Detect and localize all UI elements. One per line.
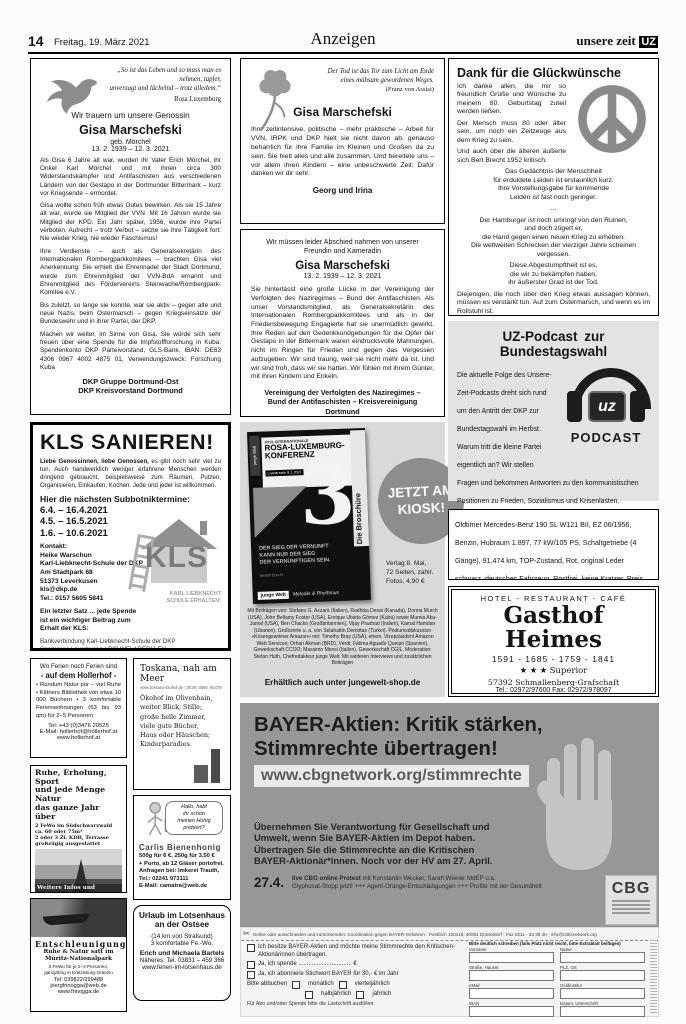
ad-schwarzwald: Ruhe, Erholung, Sport und jede Menge Nat… bbox=[30, 765, 127, 893]
obituary-quote: „So ist das Leben und so muss man es neh… bbox=[106, 66, 221, 94]
thanks-paragraph: Der Mensch muss 80 oder älter sein, um n… bbox=[457, 120, 566, 145]
lotsenhaus-line1: (14 km von Stralsund) bbox=[138, 933, 226, 940]
ad-rosa-luxemburg-broschuere: junge Welt XXVI. INTERNATIONALE ROSA-LUX… bbox=[240, 422, 445, 697]
cbg-logo-stripes bbox=[612, 900, 650, 916]
contributors-text: Mit Beiträgen von: Stefano G. Azzarà (It… bbox=[247, 608, 438, 667]
boat-photo bbox=[31, 899, 126, 937]
poem-ellipsis: … bbox=[457, 205, 650, 213]
mueritz-subtitle: Ruhe & Natur satt im Müritz-Nationalpark bbox=[35, 949, 122, 963]
input-plz-ort[interactable] bbox=[560, 970, 645, 981]
mueritz-web[interactable]: www.frinogga.de bbox=[35, 989, 122, 995]
thanks-title: Dank für die Glückwünsche bbox=[457, 66, 650, 80]
obituary-signature: Georg und Irina bbox=[251, 186, 434, 195]
brecht-poem: Das Gedächtnis der Menschheit für erduld… bbox=[457, 168, 650, 202]
lotsenhaus-line2: 3 komfortable Fe.-Wo. bbox=[138, 940, 226, 947]
cover-quote: DER SIEG DER VERNUNFT KANN NUR DER SIEG … bbox=[259, 543, 346, 567]
lotsenhaus-tel: Näheres: Tel. 03831 – 459 366 bbox=[138, 957, 226, 964]
bayer-coupon: ✂Online oder ausschneiden und zurücksend… bbox=[240, 927, 659, 1017]
obituary-body: Sie hinterlässt eine große Lücke in der … bbox=[251, 286, 434, 382]
bayer-protest-row: 27.4. live CBG online Protest mit Konsta… bbox=[254, 875, 542, 892]
uz-logo-mark: uz bbox=[588, 391, 626, 422]
cover-side-label: Die Broschüre bbox=[350, 430, 369, 546]
ad-bayer-aktien: BAYER-Aktien: Kritik stärken, Stimmrecht… bbox=[240, 703, 659, 927]
uz-podcast-logo: uz PODCAST bbox=[562, 366, 650, 460]
coupon-return-line: Online oder ausschneiden und zurücksende… bbox=[253, 932, 597, 937]
gasthof-mail-web[interactable]: mail@gasthof-heimes.de · www.gasthof-hei… bbox=[456, 694, 651, 697]
ad-toskana: Toskana, nah am Meer www.toskana-biohof.… bbox=[133, 658, 231, 790]
obituary-paragraph: Gisa wollte schon früh etwas Gutes bewir… bbox=[40, 202, 221, 244]
checkbox-vierteljaehrlich[interactable] bbox=[339, 981, 347, 989]
option-label: halbjährlich bbox=[321, 991, 351, 999]
cover-quote-author: Bertolt Brecht bbox=[260, 573, 283, 578]
obituary-vvn: Wir müssen leider Abschied nahmen von un… bbox=[240, 229, 445, 417]
obituary-body: Ihre zeitintensive, politische – mehr pr… bbox=[251, 126, 434, 179]
birth-name: geb. Mörchel bbox=[40, 139, 221, 146]
kls-termine-title: Hier die nächsten Subbotniktermine: bbox=[40, 494, 221, 504]
toskana-subline[interactable]: www.toskana-biohof.de | 0039. 3566. 8547… bbox=[140, 685, 224, 690]
page-number: 14 bbox=[28, 33, 44, 49]
bayer-url[interactable]: www.cbgnetwork.org/stimmrechte bbox=[254, 765, 529, 787]
ad-oldtimer: Oldtimer Mercedes-Benz 190 SL W121 BII, … bbox=[448, 509, 659, 580]
obituary-family: Der Tod ist das Tor zum Licht am Ende ei… bbox=[240, 58, 445, 224]
schwarzwald-details: 2 FeWo im Südschwarzwald ca. 60 oder 75m… bbox=[35, 823, 122, 847]
option-label: vierteljährlich bbox=[355, 981, 390, 989]
checkbox-spende[interactable] bbox=[247, 961, 255, 969]
checkbox-label: Ja, ich abonniere Stichwort BAYER für 30… bbox=[258, 971, 399, 979]
protest-text: mit Konstantin Wecker, Sarah Wiener MdEP… bbox=[361, 875, 496, 882]
mueritz-title: Entschleunigung bbox=[35, 939, 122, 949]
obituary-signature: DKP Gruppe Dortmund-Ost DKP Kreisvorstan… bbox=[40, 377, 221, 395]
life-dates: 13. 2. 1939 – 12. 3. 2021 bbox=[251, 273, 434, 280]
ad-gasthof-heimes: HOTEL - RESTAURANT - CAFÉ Gasthof Heimes… bbox=[448, 586, 659, 697]
paper-name: unsere zeit bbox=[576, 33, 635, 48]
availability-note[interactable]: Erhältlich auch unter jungewelt-shop.de bbox=[240, 678, 445, 687]
deceased-name: Gisa Marschefski bbox=[251, 260, 434, 272]
input-email[interactable] bbox=[469, 988, 554, 999]
abbuchen-label: Bitte abbuchen bbox=[247, 981, 287, 989]
tuscany-skyline-graphic bbox=[184, 743, 224, 783]
protest-date: 27.4. bbox=[254, 875, 284, 890]
podcast-title: UZ-Podcast zur Bundestagswahl bbox=[457, 329, 650, 359]
input-datum-unterschrift[interactable] bbox=[560, 1006, 645, 1017]
coupon-footer-note: Für Abo und/oder Spende bitte die Lastsc… bbox=[247, 1001, 462, 1007]
oldtimer-text: Oldtimer Mercedes-Benz 190 SL W121 BII, … bbox=[455, 521, 643, 580]
kiosk-badge-text: JETZT AM KIOSK! bbox=[387, 482, 454, 519]
protest-title: live CBG online Protest bbox=[292, 875, 361, 882]
coupon-fields: Bitte deutlich schreiben (falls Platz ni… bbox=[469, 941, 645, 1017]
coupon-note: Bitte deutlich schreiben (falls Platz ni… bbox=[469, 941, 645, 946]
fine-print-vertical bbox=[650, 940, 657, 1013]
stars-icon: ★ ★ ★ bbox=[520, 665, 548, 675]
checkbox-abo[interactable] bbox=[247, 971, 255, 979]
schwarzwald-title: Ruhe, Erholung, Sport und jede Menge Nat… bbox=[35, 769, 122, 821]
gasthof-name: Gasthof Heimes bbox=[456, 604, 651, 652]
beekeeper-cartoon: Hallo, habt ihr schon meinen Honig probi… bbox=[139, 799, 225, 843]
ad-kls-sanieren: KLS SANIEREN! Liebe Genossinnen, liebe G… bbox=[30, 422, 231, 651]
input-strasse[interactable] bbox=[469, 970, 554, 981]
coupon-checkboxes: Ich besitze BAYER-Aktien und möchte mein… bbox=[247, 942, 462, 1007]
hollerhof-web[interactable]: www.hollerhof.at bbox=[36, 735, 121, 741]
checkbox-label: Ja, ich spende .........................… bbox=[258, 961, 357, 969]
protest-line2: Glyphosat-Stopp jetzt! +++ Agent-Orange-… bbox=[292, 883, 542, 890]
cbg-logo-text: CBG bbox=[606, 880, 656, 898]
input-geldinstitut[interactable] bbox=[560, 988, 645, 999]
cover-number: 3 bbox=[298, 454, 356, 536]
ad-lotsenhaus: Urlaub im Lotsenhaus an der Ostsee (14 k… bbox=[133, 905, 231, 1001]
podcast-logo-caption: PODCAST bbox=[562, 430, 650, 445]
lotsenhaus-names: Erich und Michaela Bartels bbox=[138, 950, 226, 957]
thanks-paragraph: Und auch über die älteren äußerte sich B… bbox=[457, 148, 566, 165]
kls-logo: KLS KARL LIEBKNECHT SCHULE ERHALTEN! bbox=[135, 519, 221, 615]
peace-symbol-icon bbox=[576, 83, 648, 155]
cover-footer: junge Welt Melodie & Rhythmus bbox=[258, 588, 355, 599]
obituary-dkp: „So ist das Leben und so muss man es neh… bbox=[30, 58, 231, 415]
obituary-paragraph: Bis zuletzt, so lange sie konnte, war si… bbox=[40, 302, 221, 327]
kls-intro-lead: Liebe Genossinnen, liebe Genossen, bbox=[40, 458, 149, 465]
gasthof-superior: Superior bbox=[550, 666, 588, 676]
brecht-poem: Der Hamburger ist noch umringt von den R… bbox=[457, 217, 650, 259]
honig-body: 500g für 6 €, 250g für 3,50 € + Porto, a… bbox=[139, 853, 225, 883]
gasthof-city: 57392 Schmallenberg-Grafschaft bbox=[456, 678, 651, 687]
checkbox-stimmrechte[interactable] bbox=[247, 944, 255, 952]
obituary-paragraph: Machen wir weiter, im Sinne von Gisa. Si… bbox=[40, 331, 221, 373]
hand-image bbox=[535, 725, 635, 885]
input-iban[interactable] bbox=[469, 1006, 554, 1017]
lotsenhaus-title: Urlaub im Lotsenhaus an der Ostsee bbox=[138, 911, 226, 930]
page-header: 14 Freitag, 19. März 2021 Anzeigen unser… bbox=[28, 30, 658, 54]
toskana-title: Toskana, nah am Meer bbox=[140, 664, 224, 684]
kls-title: KLS SANIEREN! bbox=[40, 430, 221, 455]
lotsenhaus-web[interactable]: www.ferien-im-lotsenhaus.de bbox=[138, 964, 226, 971]
section-title: Anzeigen bbox=[310, 29, 375, 49]
obituary-paragraph: Ihre Verdienste – auch als Generalsekret… bbox=[40, 248, 221, 298]
scissors-icon: ✂ bbox=[243, 929, 250, 938]
ad-bienenhonig: Hallo, habt ihr schon meinen Honig probi… bbox=[133, 795, 231, 900]
input-vorname[interactable] bbox=[469, 952, 554, 963]
ad-hollerhof: Wo Ferien noch Ferien sind - auf dem Hol… bbox=[30, 658, 127, 758]
gasthof-phone: Tel.: 02972/97600 Fax: 02972/978097 bbox=[456, 687, 651, 694]
bayer-body: Übernehmen Sie Verantwortung für Gesells… bbox=[254, 821, 492, 866]
melodie-rhythmus-logo: Melodie & Rhythmus bbox=[293, 590, 339, 598]
kls-bank: Bankverbindung Karl-Liebknecht-Schule de… bbox=[40, 638, 221, 651]
thanks-closing: Diejenigen, die noch über den Krieg etwa… bbox=[457, 291, 650, 316]
bayer-title: BAYER-Aktien: Kritik stärken, Stimmrecht… bbox=[254, 713, 543, 761]
masthead-strip: junge Welt bbox=[249, 436, 260, 476]
carnation-icon bbox=[251, 67, 299, 133]
brecht-poem: Diese Abgestumpftheit ist es, die wir zu… bbox=[457, 262, 650, 287]
obituary-quote: Der Tod ist das Tor zum Licht am Ende ei… bbox=[323, 67, 434, 85]
obituary-paragraph: Als Gisa 6 Jahre alt war, wurden ihr Vat… bbox=[40, 157, 221, 199]
checkbox-halbjaehrlich[interactable] bbox=[305, 991, 313, 999]
dove-icon bbox=[37, 71, 101, 119]
kls-logo-text: KLS bbox=[145, 541, 208, 575]
life-dates: 13. 2. 1939 – 12. 3. 2021 bbox=[40, 146, 221, 153]
speech-bubble: Hallo, habt ihr schon meinen Honig probi… bbox=[165, 801, 223, 835]
input-name[interactable] bbox=[560, 952, 645, 963]
thanks-paragraph: Ich danke allen, die mir so freundlich G… bbox=[457, 83, 566, 117]
schwarzwald-footer[interactable]: Weitere Infos und Buchung: www.todtmoos.… bbox=[35, 884, 122, 893]
page-date: Freitag, 19. März 2021 bbox=[54, 37, 150, 48]
uz-logo: UZ bbox=[639, 36, 658, 48]
kls-logo-slogan: KARL LIEBKNECHT SCHULE ERHALTEN! bbox=[135, 591, 221, 605]
hollerhof-body: • Rundum Natur pur – viel Ruhe • Kittner… bbox=[36, 682, 121, 720]
kls-kontakt: Kontakt: Heike Warschun Karl-Liebknecht-… bbox=[40, 543, 145, 604]
deceased-name: Gisa Marschefski bbox=[40, 123, 221, 137]
hollerhof-title: - auf dem Hollerhof - bbox=[36, 671, 121, 680]
newspaper-page: 14 Freitag, 19. März 2021 Anzeigen unser… bbox=[0, 0, 686, 1024]
honig-name: Carlis Bienenhonig bbox=[139, 843, 225, 852]
thanks-box: Dank für die Glückwünsche Ich danke alle… bbox=[448, 58, 659, 316]
honig-mail[interactable]: E-Mail: camatra@web.de bbox=[139, 883, 225, 889]
hollerhof-line1: Wo Ferien noch Ferien sind bbox=[36, 663, 121, 670]
checkbox-jaehrlich[interactable] bbox=[356, 991, 364, 999]
cbg-logo: CBG bbox=[605, 875, 657, 925]
gasthof-years: 1591 - 1685 - 1759 - 1841 bbox=[456, 654, 651, 664]
junge-welt-logo: junge Welt bbox=[258, 591, 289, 600]
podcast-box: UZ-Podcast zur Bundestagswahl uz PODCAST… bbox=[448, 321, 659, 501]
forest-photo: Weitere Infos und Buchung: www.todtmoos.… bbox=[35, 849, 122, 893]
mueritz-details: 2 FeWo für je 2–3 Personen, ganzjährig i… bbox=[35, 964, 122, 976]
cut-line: ✂Online oder ausschneiden und zurücksend… bbox=[241, 928, 658, 941]
checkbox-monatlich[interactable] bbox=[292, 981, 300, 989]
obituary-intro: Wir müssen leider Abschied nahmen von un… bbox=[251, 238, 434, 256]
masthead: unsere zeit UZ bbox=[576, 33, 658, 49]
option-label: jährlich bbox=[372, 991, 391, 999]
option-label: monatlich bbox=[308, 981, 334, 989]
ad-mueritz: Entschleunigung Ruhe & Natur satt im Mür… bbox=[30, 898, 127, 1012]
brochure-cover: junge Welt XXVI. INTERNATIONALE ROSA-LUX… bbox=[247, 428, 371, 604]
publisher-info: Verlag 8. Mai, 72 Seiten, zahlr. Fotos, … bbox=[386, 560, 433, 587]
checkbox-label: Ich besitze BAYER-Aktien und möchte mein… bbox=[258, 944, 462, 959]
toskana-body: Ökohof im Olivenhain, weiter Blick, Stil… bbox=[140, 694, 224, 750]
obituary-signature: Vereinigung der Verfolgten des Naziregim… bbox=[251, 388, 434, 416]
